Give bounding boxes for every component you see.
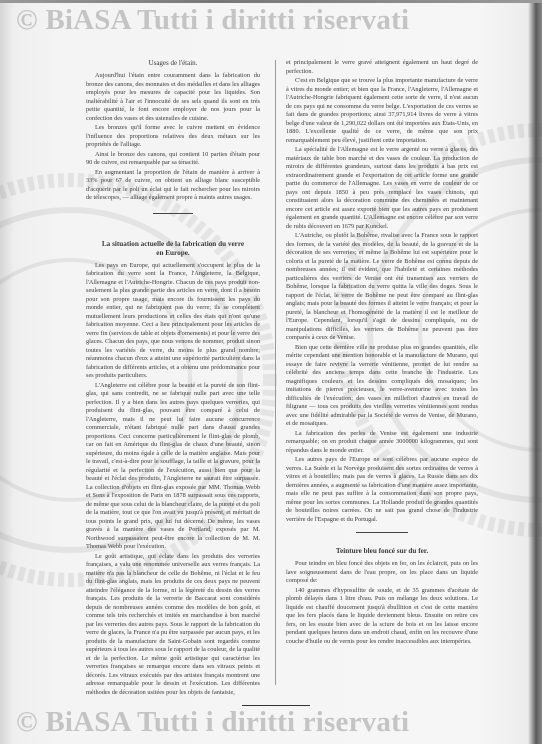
- paragraph: Aujourd'hui l'étain entre couramment dan…: [86, 72, 260, 123]
- scanned-page: © BiASA Tutti i diritti riservati Usages…: [0, 0, 542, 744]
- right-column: et principalement le verre gravé atteign…: [286, 59, 478, 646]
- paragraph: L'Angleterre est célèbre pour la beauté …: [86, 382, 260, 552]
- section-title-verre-europe-line2: en Europe.: [86, 249, 260, 258]
- section-title-verre-europe-line1: La situation actuelle de la fabrication …: [86, 240, 260, 249]
- section-divider-rule: [153, 213, 193, 214]
- paragraph: et principalement le verre gravé atteign…: [286, 59, 478, 76]
- copyright-watermark-bottom: © BiASA Tutti i diritti riservati: [16, 706, 409, 739]
- paragraph: Ainsi le bronze des canons, qui contient…: [86, 151, 260, 168]
- paragraph: Les pays en Europe, qui actuellement s'o…: [86, 262, 260, 381]
- section-divider-rule: [356, 532, 408, 533]
- column-divider: [275, 60, 276, 685]
- copyright-watermark-top: © BiASA Tutti i diritti riservati: [16, 4, 409, 37]
- section-title-usages-etain: Usages de l'étain.: [86, 59, 260, 68]
- paragraph: Pour teindre en bleu foncé des objets en…: [286, 560, 478, 586]
- paragraph: La fabrication des perles de Venise est …: [286, 430, 478, 456]
- paragraph: En augmentant la proportion de l'étain d…: [86, 169, 260, 203]
- paragraph: La spécialité de l'Allemagne est le verr…: [286, 146, 478, 231]
- left-column: Usages de l'étain. Aujourd'hui l'étain e…: [86, 59, 260, 697]
- paragraph: L'Autriche, ou plutôt la Bohême, rivalis…: [286, 232, 478, 343]
- paragraph: Le goût artistique, qui éclate dans les …: [86, 553, 260, 698]
- page-top-edge: [0, 0, 542, 3]
- paragraph: Les bronzes qu'il forme avec le cuivre m…: [86, 124, 260, 150]
- paragraph: 140 grammes d'hyposulfite de soude, et d…: [286, 587, 478, 647]
- paragraph: Bien que cette dernière ville ne produis…: [286, 344, 478, 429]
- section-title-teinture-bleu: Teinture bleu foncé sur du fer.: [286, 547, 478, 556]
- paragraph: C'est en Belgique que se trouve la plus …: [286, 77, 478, 145]
- paragraph: Les autres pays de l'Europe ne sont célè…: [286, 456, 478, 524]
